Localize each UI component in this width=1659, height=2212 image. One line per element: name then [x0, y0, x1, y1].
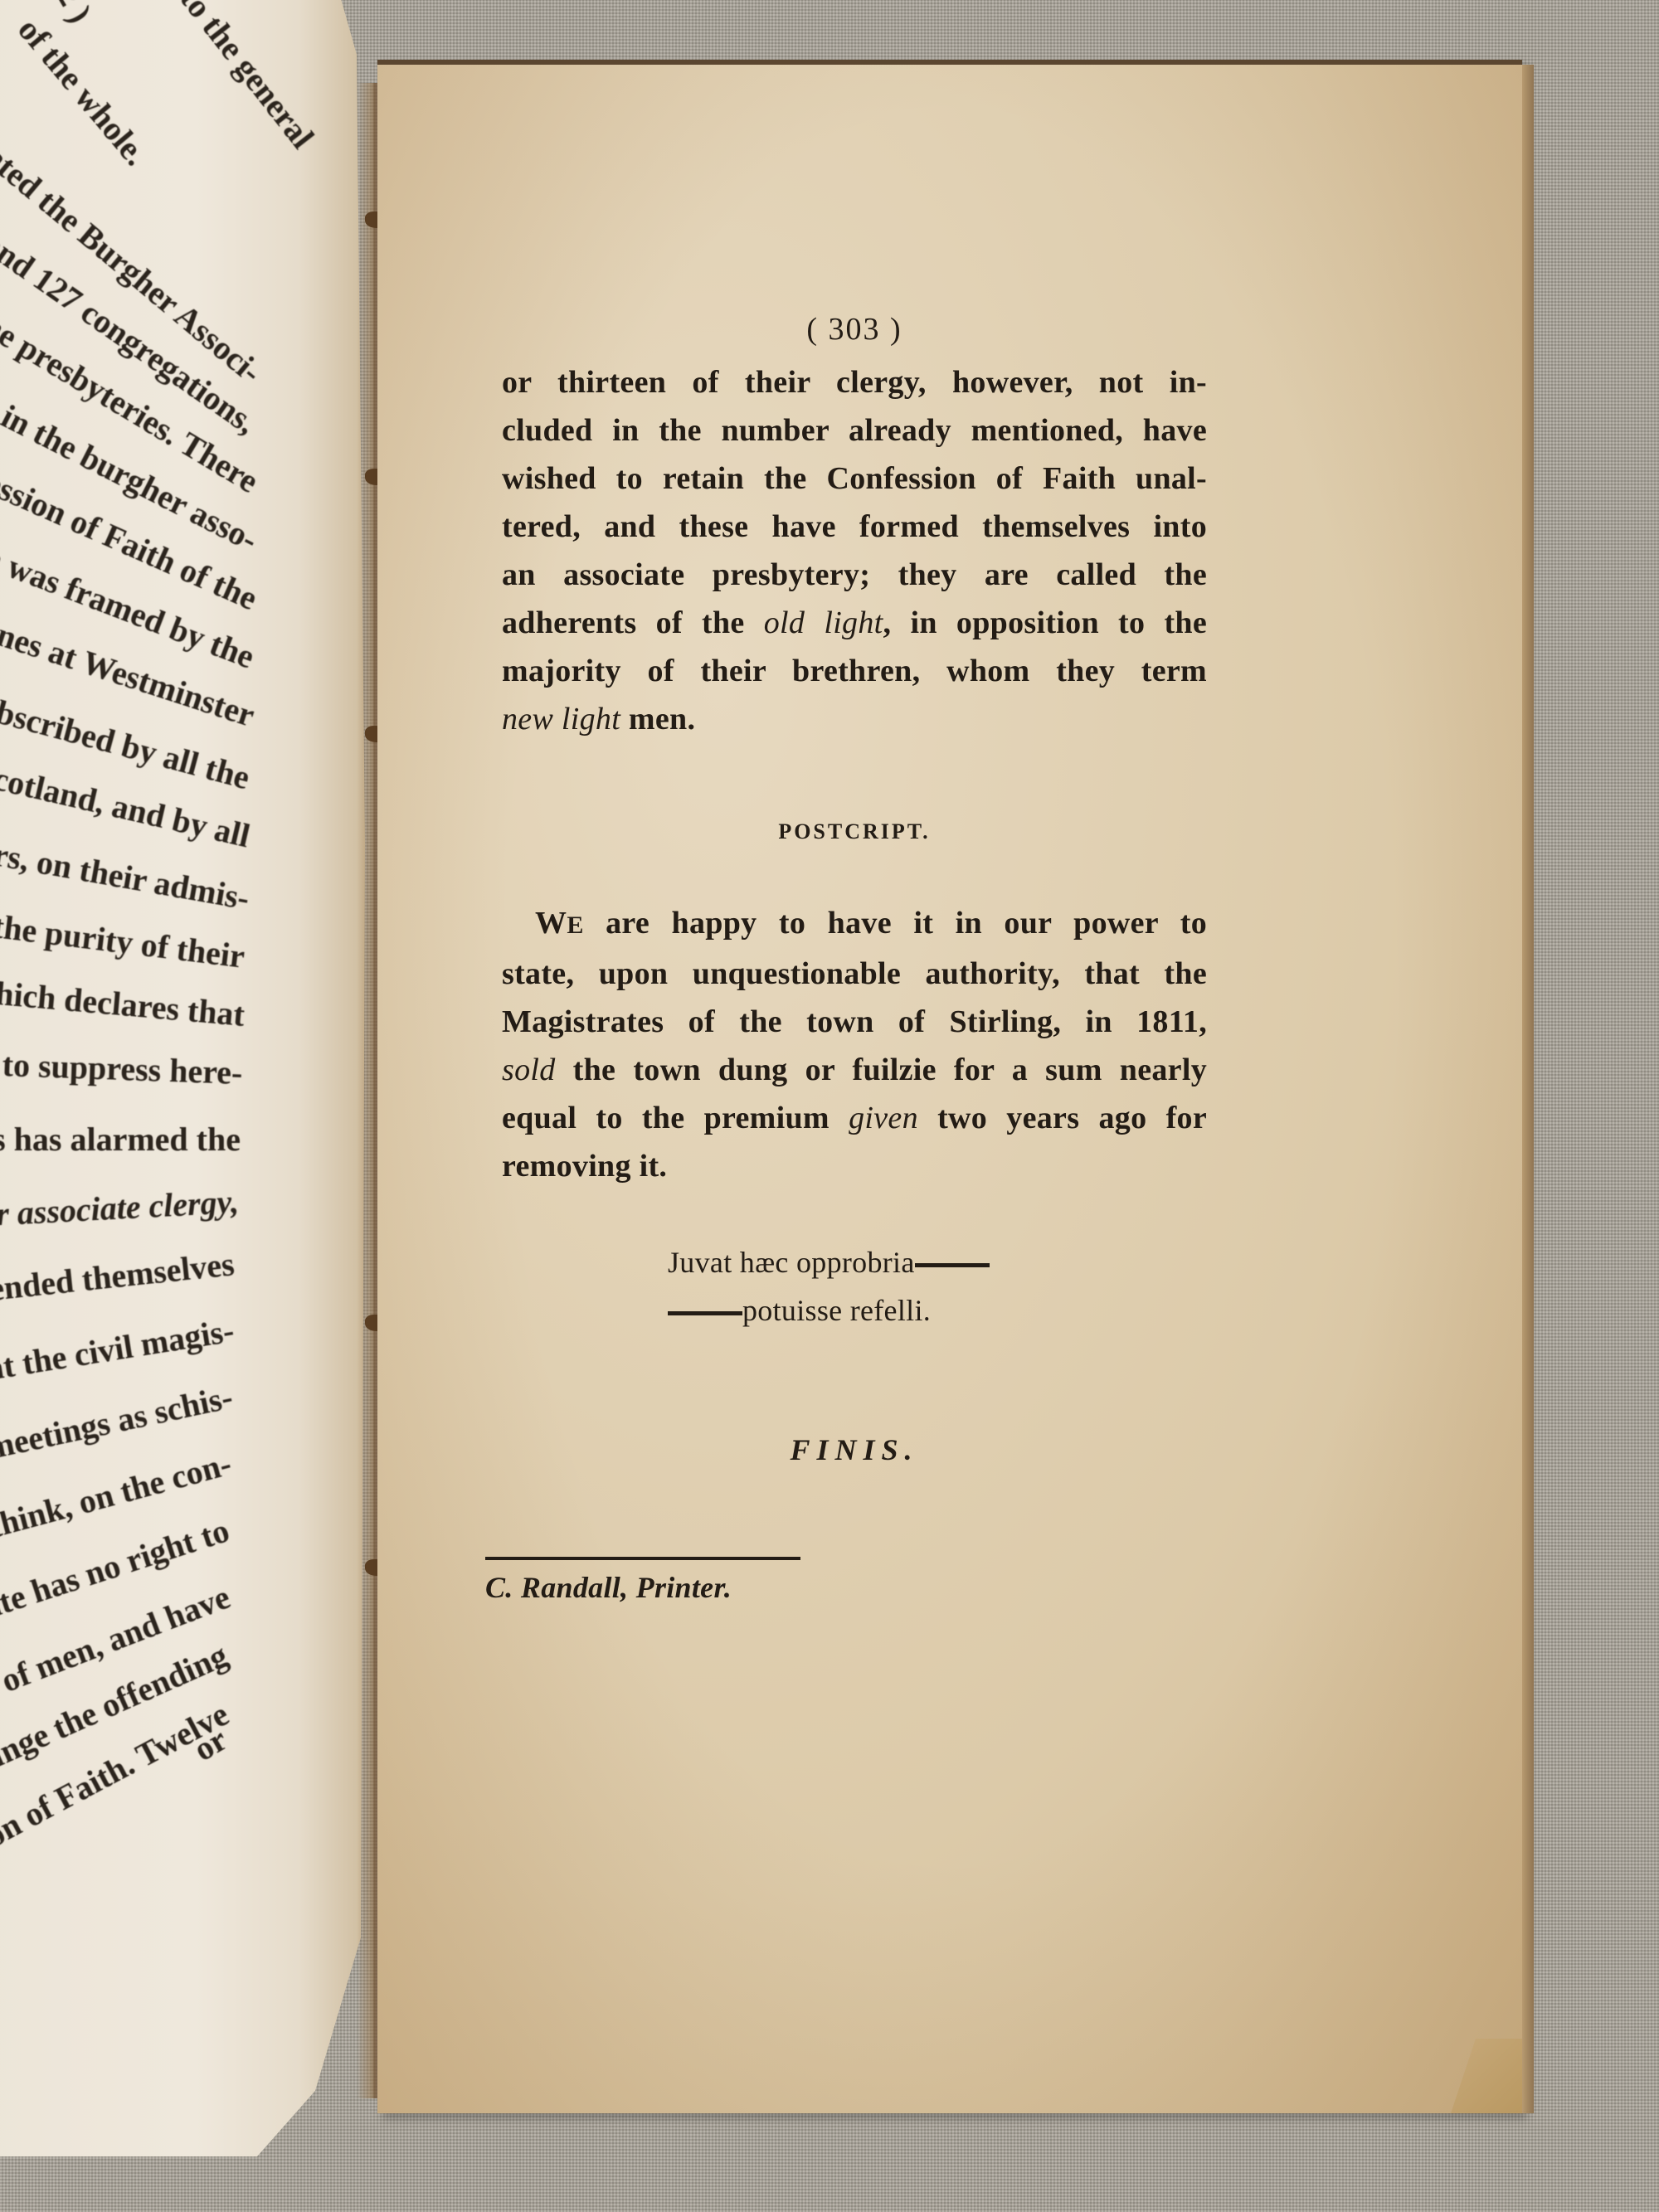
text-line: tered, and these have formed themselves …: [502, 503, 1207, 551]
text-span: , in opposition to the: [883, 605, 1207, 640]
verso-line: e power to suppress here-: [0, 1041, 243, 1092]
printer-imprint: C. Randall, Printer.: [485, 1557, 800, 1612]
italic-term: old light: [764, 605, 883, 640]
em-rule: [668, 1311, 742, 1315]
recto-page: ( 303 ) or thirteen of their clergy, how…: [377, 60, 1522, 2113]
quote-line: Juvat hæc opprobria: [668, 1238, 1207, 1286]
text-span: two years ago for: [918, 1101, 1207, 1135]
postscript-heading: POSTCRIPT.: [502, 808, 1207, 856]
text-line: adherents of the old light, in oppositio…: [502, 599, 1207, 647]
text-line: WE are happy to have it in our power to: [502, 899, 1207, 950]
italic-term: new light: [502, 702, 620, 737]
text-line: removing it.: [502, 1142, 1207, 1190]
text-line: Magistrates of the town of Stirling, in …: [502, 998, 1207, 1046]
italic-term: sold: [502, 1053, 556, 1087]
lead-smallcaps: E: [567, 912, 583, 939]
page-number: ( 303 ): [502, 305, 1207, 353]
verso-line: 2 ): [48, 0, 100, 29]
text-line: cluded in the number already mentioned, …: [502, 406, 1207, 455]
em-rule: [915, 1263, 990, 1267]
text-span: Juvat hæc opprobria: [668, 1246, 915, 1279]
text-line: sold the town dung or fuilzie for a sum …: [502, 1046, 1207, 1094]
verso-page: 2 ) er synod, but to the general of the …: [0, 0, 382, 2156]
verso-line: burgher associate clergy,: [0, 1182, 240, 1238]
text-span: are happy to have it in our power to: [584, 906, 1207, 941]
text-line: new light men.: [502, 695, 1207, 743]
text-line: or thirteen of their clergy, however, no…: [502, 358, 1207, 406]
text-span: equal to the premium: [502, 1101, 849, 1135]
text-span: potuisse refelli.: [742, 1294, 931, 1327]
latin-quotation: Juvat hæc opprobria potuisse refelli.: [668, 1238, 1207, 1334]
lead-capital: W: [535, 906, 567, 941]
verso-line: clause which declares that: [0, 963, 246, 1034]
page-body: ( 303 ) or thirteen of their clergy, how…: [502, 305, 1207, 1612]
text-line: majority of their brethren, whom they te…: [502, 647, 1207, 695]
text-line: state, upon unquestionable authority, th…: [502, 950, 1207, 998]
verso-line: apprehended themselves: [0, 1244, 236, 1319]
text-span: adherents of the: [502, 605, 764, 640]
postscript-paragraph: WE are happy to have it in our power to …: [502, 899, 1207, 1190]
italic-term: given: [849, 1101, 918, 1135]
verso-line: ate years has alarmed the: [0, 1120, 241, 1159]
text-span: the town dung or fuilzie for a sum nearl…: [556, 1053, 1207, 1087]
folded-corner: [1451, 2039, 1534, 2113]
text-line: equal to the premium given two years ago…: [502, 1094, 1207, 1142]
text-line: an associate presbytery; they are called…: [502, 551, 1207, 599]
quote-line: potuisse refelli.: [668, 1286, 1207, 1334]
finis-mark: FINIS.: [502, 1426, 1207, 1474]
continuation-paragraph: or thirteen of their clergy, however, no…: [502, 358, 1207, 743]
text-span: men.: [620, 702, 695, 737]
verso-line: of the whole.: [11, 10, 156, 173]
text-line: wished to retain the Confession of Faith…: [502, 455, 1207, 503]
